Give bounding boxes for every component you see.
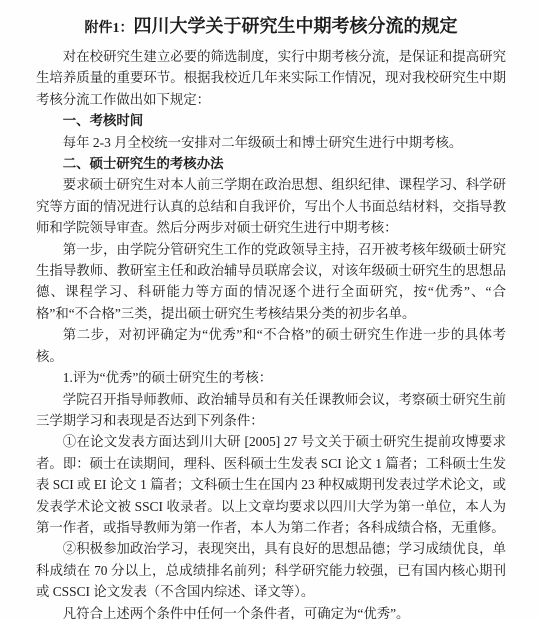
para-condition-2: ②积极参加政治学习，表现突出，具有良好的思想品德；学习成绩优良，单科成绩在 70… (36, 538, 506, 602)
para-step-two: 第二步，对初评确定为“优秀”和“不合格”的硕士研究生作进一步的具体考核。 (36, 324, 506, 367)
heading-masters-method: 二、硕士研究生的考核办法 (36, 153, 506, 174)
para-condition-1: ①在论文发表方面达到川大研 [2005] 27 号文关于硕士研究生提前攻博要求者… (36, 431, 506, 538)
para-assessment-time: 每年 2-3 月全校统一安排对二年级硕士和博士研究生进行中期考核。 (36, 132, 506, 153)
title-attachment-prefix: 附件1： (85, 21, 134, 36)
title-main-text: 四川大学关于研究生中期考核分流的规定 (134, 16, 458, 36)
para-conclusion: 凡符合上述两个条件中任何一个条件者，可确定为“优秀”。 (36, 603, 506, 620)
para-masters-method: 要求硕士研究生对本人前三学期在政治思想、组织纪律、课程学习、科学研究等方面的情况… (36, 174, 506, 238)
para-excellent-review: 学院召开指导师教师、政治辅导员和有关任课教师会议，考察硕士研究生前三学期学习和表… (36, 389, 506, 432)
document-title: 附件1：四川大学关于研究生中期考核分流的规定 (36, 13, 506, 42)
para-step-one: 第一步，由学院分管研究生工作的党政领导主持，召开被考核年级硕士研究生指导教师、教… (36, 239, 506, 325)
para-excellent-label: 1.评为“优秀”的硕士研究生的考核： (36, 367, 506, 388)
document-body: 附件1：四川大学关于研究生中期考核分流的规定 对在校研究生建立必要的筛选制度，实… (0, 0, 540, 620)
document-page: 附件1：四川大学关于研究生中期考核分流的规定 对在校研究生建立必要的筛选制度，实… (0, 0, 540, 620)
heading-assessment-time: 一、考核时间 (36, 110, 506, 131)
para-intro: 对在校研究生建立必要的筛选制度，实行中期考核分流，是保证和提高研究生培养质量的重… (36, 46, 506, 110)
